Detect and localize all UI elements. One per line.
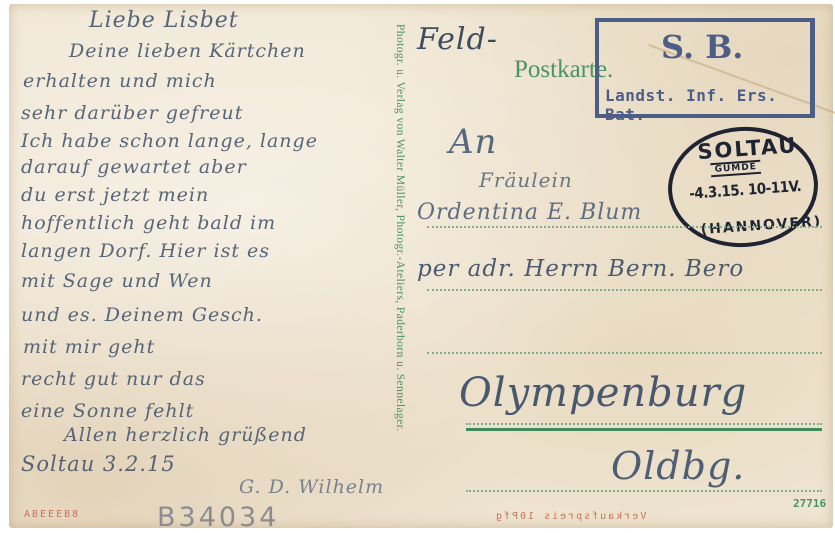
address-green-rule bbox=[466, 428, 822, 431]
print-number: 27716 bbox=[793, 497, 826, 510]
address-dotted-line bbox=[427, 352, 822, 354]
greeting: Liebe Lisbet bbox=[89, 8, 239, 33]
message-line: Ich habe schon lange, lange bbox=[21, 130, 318, 152]
address-line: Olympenburg bbox=[459, 370, 747, 416]
address-salutation: An bbox=[449, 122, 497, 162]
postcard: Liebe Lisbet Deine lieben Kärtchen erhal… bbox=[9, 4, 833, 528]
message-line: hoffentlich geht bald im bbox=[21, 212, 276, 234]
feld-prefix: Feld- bbox=[417, 22, 498, 57]
message-line: und es. Deinem Gesch. bbox=[21, 304, 263, 326]
stamp-unit: Landst. Inf. Ers. Bat. bbox=[605, 86, 810, 124]
unit-cancel-stamp: S. B. Landst. Inf. Ers. Bat. bbox=[595, 18, 815, 118]
message-line: eine Sonne fehlt bbox=[21, 400, 194, 422]
message-line: recht gut nur das bbox=[21, 368, 206, 390]
stamp-initials: S. B. bbox=[661, 28, 743, 66]
message-line: sehr darüber gefreut bbox=[21, 102, 243, 124]
publisher-imprint: Photogr. u. Verlag von Walter Müller, Ph… bbox=[392, 24, 406, 504]
address-dotted-line bbox=[427, 226, 822, 228]
address-line: Fräulein bbox=[479, 168, 573, 192]
postmark-city: SOLTAU bbox=[697, 133, 799, 164]
address-dotted-line bbox=[466, 423, 822, 425]
address-line: Ordentina E. Blum bbox=[417, 200, 642, 225]
address-line: per adr. Herrn Bern. Bero bbox=[417, 256, 744, 282]
place-date: Soltau 3.2.15 bbox=[21, 452, 176, 476]
address-line: Oldbg. bbox=[611, 444, 745, 488]
message-line: Allen herzlich grüßend bbox=[64, 424, 307, 446]
message-line: erhalten und mich bbox=[23, 70, 217, 92]
signature: G. D. Wilhelm bbox=[239, 476, 384, 498]
message-line: mit mir geht bbox=[23, 336, 155, 358]
message-line: darauf gewartet aber bbox=[21, 156, 247, 178]
archive-id: B34034 bbox=[157, 502, 279, 533]
postmark: SOLTAU GUMDE -4.3.15. 10-11V. (HANNOVER) bbox=[664, 122, 822, 252]
message-line: langen Dorf. Hier ist es bbox=[21, 240, 270, 262]
message-line: Deine lieben Kärtchen bbox=[69, 40, 306, 62]
message-line: mit Sage und Wen bbox=[21, 270, 213, 292]
red-stamp-mark: Verkaufspreis 10Pfg bbox=[494, 511, 646, 522]
address-dotted-line bbox=[466, 490, 822, 492]
address-dotted-line bbox=[427, 289, 822, 291]
message-line: du erst jetzt mein bbox=[21, 184, 209, 206]
red-stamp-mark: ABEEEB8 bbox=[24, 509, 80, 520]
postmark-sub: GUMDE bbox=[710, 160, 761, 177]
postmark-date: -4.3.15. 10-11V. bbox=[678, 176, 813, 203]
